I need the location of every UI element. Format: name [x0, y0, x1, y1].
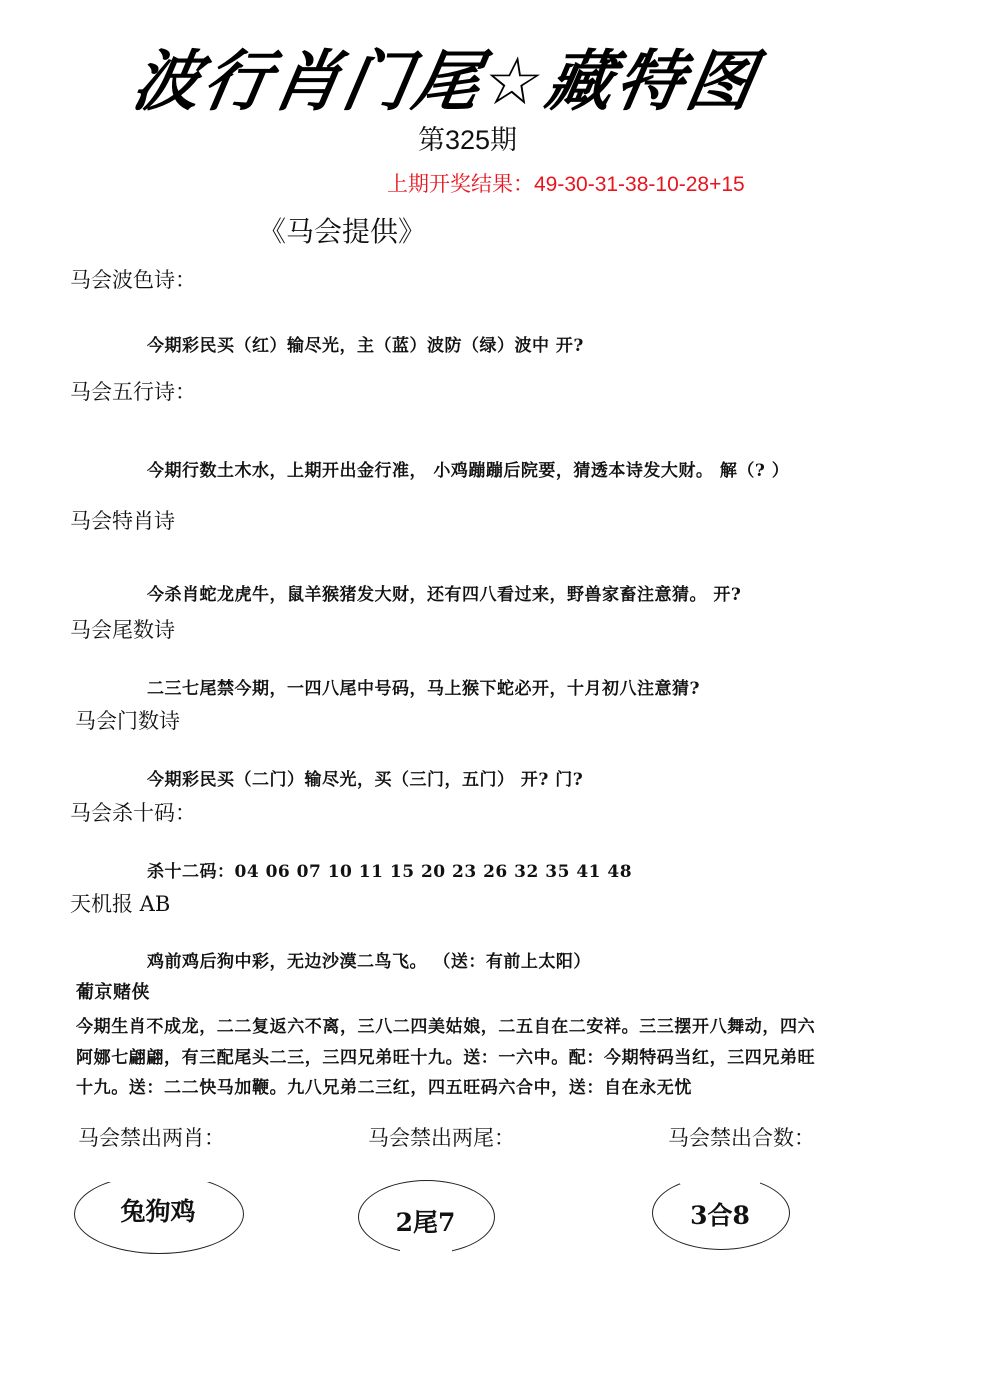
- ban-tail-label: 马会禁出两尾：: [368, 1122, 515, 1152]
- kill-twelve-numbers: 杀十二码：04 06 07 10 11 15 20 23 26 32 35 41…: [147, 857, 632, 882]
- ban-sum-label: 马会禁出合数：: [668, 1122, 815, 1152]
- page-title: 波行肖门尾☆藏特图: [127, 28, 767, 123]
- last-result-label: 上期开奖结果：: [387, 173, 534, 196]
- last-result-numbers: 49-30-31-38-10-28+15: [534, 173, 745, 196]
- gambler-line-2: 阿娜七翩翩，有三配尾头二三，三四兄弟旺十九。送：一六中。配：今期特码当红，三四兄…: [76, 1043, 815, 1068]
- section-heading-kill-ten: 马会杀十码：: [70, 797, 196, 827]
- section-heading-special-zodiac: 马会特肖诗: [70, 505, 175, 535]
- section-heading-gambler: 葡京赌侠: [76, 978, 150, 1004]
- gambler-line-3: 十九。送：二二快马加鞭。九八兄弟二三红，四五旺码六合中，送：自在永无忧: [76, 1073, 692, 1098]
- gambler-line-1: 今期生肖不成龙，二二复返六不离，三八二四美姑娘，二五自在二安祥。三三摆开八舞动，…: [76, 1012, 815, 1037]
- ban-tail-value: 2尾7: [358, 1203, 493, 1239]
- section-heading-five-elements: 马会五行诗：: [70, 376, 196, 406]
- poem-five-elements: 今期行数土木水，上期开出金行准， 小鸡蹦蹦后院要，猜透本诗发大财。 解（? ）: [147, 456, 789, 481]
- ban-sum-value: 3合8: [652, 1196, 788, 1232]
- ban-zodiac-value: 兔狗鸡: [74, 1192, 242, 1228]
- section-heading-door-number: 马会门数诗: [75, 705, 180, 735]
- poem-door-number: 今期彩民买（二门）输尽光，买（三门，五门） 开? 门?: [147, 765, 583, 790]
- section-heading-tianji: 天机报 AB: [70, 888, 170, 918]
- last-result: 上期开奖结果：49-30-31-38-10-28+15: [387, 168, 745, 198]
- provider-label: 《马会提供》: [258, 210, 426, 250]
- poem-wave-color: 今期彩民买（红）输尽光，主（蓝）波防（绿）波中 开?: [147, 331, 584, 356]
- section-heading-wave-color: 马会波色诗：: [70, 264, 196, 294]
- poem-special-zodiac: 今杀肖蛇龙虎牛，鼠羊猴猪发大财，还有四八看过来，野兽家畜注意猜。 开?: [147, 580, 741, 605]
- issue-number: 第325期: [418, 118, 517, 157]
- poem-tianji: 鸡前鸡后狗中彩，无边沙漠二鸟飞。 （送：有前上太阳）: [147, 947, 591, 972]
- poem-tail-number: 二三七尾禁今期，一四八尾中号码，马上猴下蛇必开，十月初八注意猜?: [147, 674, 700, 699]
- ban-zodiac-label: 马会禁出两肖：: [78, 1122, 225, 1152]
- section-heading-tail-number: 马会尾数诗: [70, 614, 175, 644]
